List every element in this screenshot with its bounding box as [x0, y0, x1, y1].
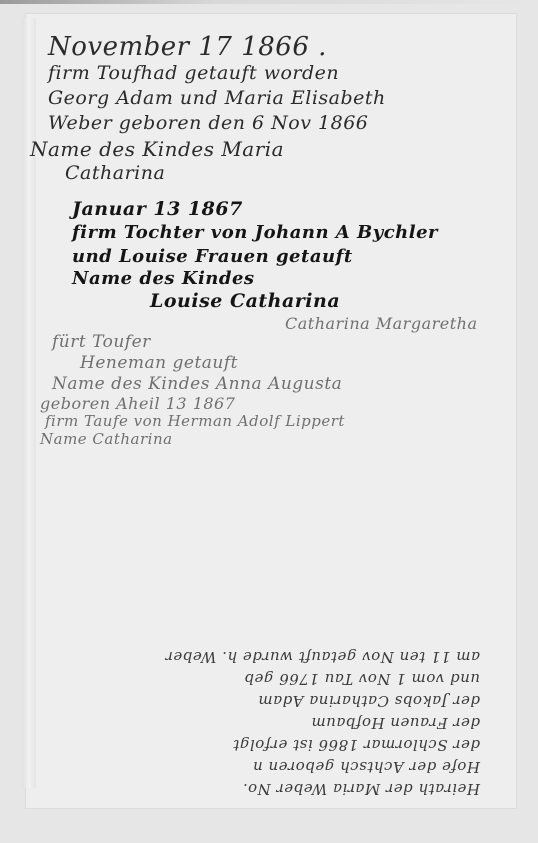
inverted-note-line: der Jakobs Catharina Adam: [60, 690, 480, 712]
entry-3-line: Heneman getauft: [80, 353, 238, 373]
inverted-note: Heirath der Maria Weber No. Hofe der Ach…: [60, 655, 480, 800]
inverted-note-line: Heirath der Maria Weber No.: [60, 778, 480, 800]
entry-3-line: Name des Kindes Anna Augusta: [52, 374, 342, 394]
photo-top-edge: [0, 0, 538, 4]
entry-2-line: Name des Kindes: [72, 268, 255, 289]
entry-3-line: fürt Toufer: [52, 332, 151, 352]
entry-1-line: Catharina: [65, 162, 165, 184]
entry-1-line: Weber geboren den 6 Nov 1866: [48, 112, 368, 134]
entry-1-child-name: Name des Kindes Maria: [30, 137, 284, 161]
entry-3-line: firm Taufe von Herman Adolf Lippert: [45, 412, 345, 430]
inverted-note-line: am 11 ten Nov getauft wurde h. Weber: [60, 646, 480, 668]
entry-1-line: firm Toufhad getauft worden: [48, 62, 339, 84]
entry-3-line: geboren Aheil 13 1867: [40, 394, 235, 413]
inverted-note-line: der Schlormar 1866 ist erfolgt: [60, 734, 480, 756]
page-fold-shadow: [22, 18, 36, 788]
entry-2-line: und Louise Frauen getauft: [72, 246, 353, 267]
inverted-note-line: der Frauen Hofbaum: [60, 712, 480, 734]
inverted-note-line: Hofe der Achtsch geboren n: [60, 756, 480, 778]
entry-3-line: Catharina Margaretha: [285, 314, 478, 333]
entry-1-line: Georg Adam und Maria Elisabeth: [48, 87, 386, 109]
entry-2-child-name: Louise Catharina: [150, 290, 340, 312]
entry-1-date: November 17 1866 .: [48, 32, 327, 62]
entry-2-date: Januar 13 1867: [72, 198, 243, 220]
entry-2-line: firm Tochter von Johann A Bychler: [72, 222, 438, 243]
inverted-note-line: und vom 1 Nov Tau 1766 geb: [60, 668, 480, 690]
entry-3-line: Name Catharina: [40, 430, 173, 448]
